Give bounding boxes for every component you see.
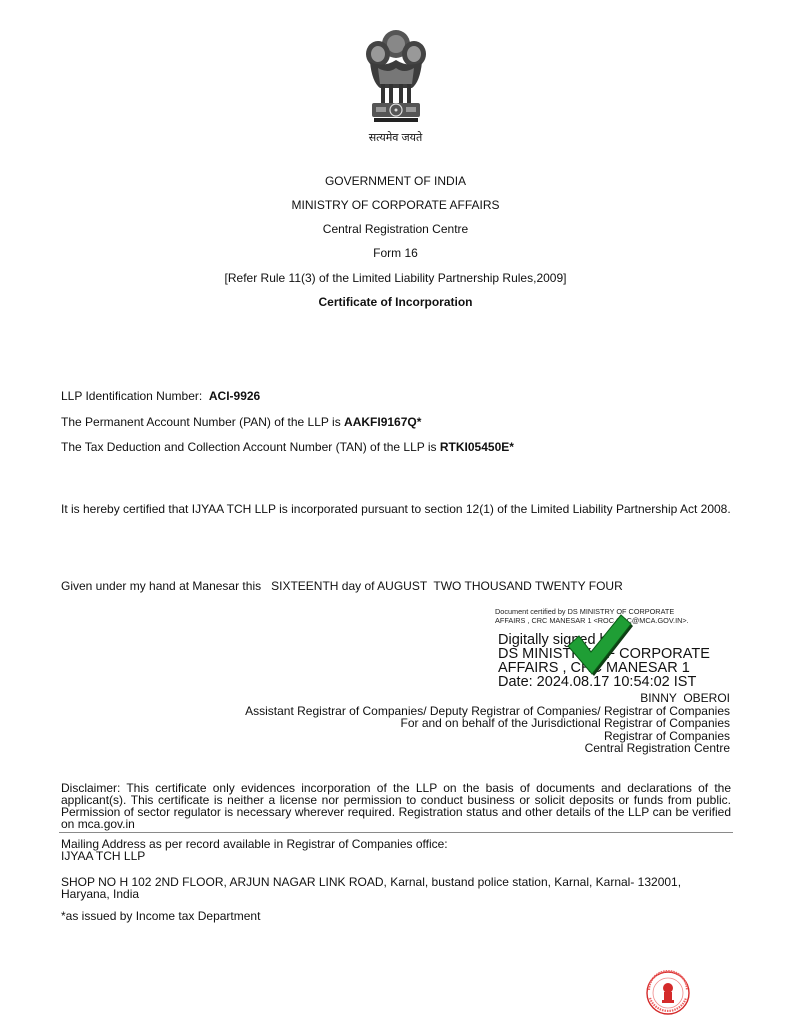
disclaimer-text: Disclaimer: This certificate only eviden… [61,781,731,831]
given-date: SIXTEENTH day of AUGUST TWO THOUSAND TWE… [271,579,623,593]
llpin-row: LLP Identification Number: ACI-9926 [61,389,260,403]
given-prefix: Given under my hand at Manesar this [61,579,261,593]
llpin-label: LLP Identification Number: [61,389,202,403]
mailing-heading: Mailing Address as per record available … [61,838,733,850]
mailing-address-block: Mailing Address as per record available … [61,838,733,862]
document-title: Certificate of Incorporation [0,295,791,309]
header-line-centre: Central Registration Centre [0,222,791,236]
national-motto: सत्यमेव जयते [0,131,791,145]
address-block: SHOP NO H 102 2ND FLOOR, ARJUN NAGAR LIN… [61,876,733,900]
header-line-rule-reference: [Refer Rule 11(3) of the Limited Liabili… [0,271,791,285]
ministry-seal-icon [643,970,693,1021]
header-line-form: Form 16 [0,246,791,260]
mailing-llp-name: IJYAA TCH LLP [61,850,733,862]
llpin-value: ACI-9926 [209,389,260,403]
signatory-name: BINNY OBEROI [245,692,730,705]
ashoka-emblem-icon [358,24,434,129]
tan-label: The Tax Deduction and Collection Account… [61,440,437,454]
header-line-government: GOVERNMENT OF INDIA [0,174,791,188]
green-checkmark-icon [565,612,633,683]
pan-row: The Permanent Account Number (PAN) of th… [61,415,421,429]
certification-text: It is hereby certified that IJYAA TCH LL… [61,503,733,515]
header-line-ministry: MINISTRY OF CORPORATE AFFAIRS [0,198,791,212]
divider [59,832,733,833]
pan-tan-footnote: *as issued by Income tax Department [61,909,260,923]
designation-line-2: For and on behalf of the Jurisdictional … [245,717,730,730]
pan-label: The Permanent Account Number (PAN) of th… [61,415,341,429]
tan-row: The Tax Deduction and Collection Account… [61,440,514,454]
pan-value: AAKFI9167Q* [344,415,421,429]
given-under-row: Given under my hand at Manesar this SIXT… [61,579,623,593]
tan-value: RTKI05450E* [440,440,514,454]
address-line-1: SHOP NO H 102 2ND FLOOR, ARJUN NAGAR LIN… [61,876,733,888]
disclaimer: Disclaimer: This certificate only eviden… [61,782,731,830]
mca-link[interactable]: mca.gov.in [78,817,135,831]
signatory-block: BINNY OBEROI Assistant Registrar of Comp… [245,692,730,755]
designation-line-4: Central Registration Centre [245,742,730,755]
address-line-2: Haryana, India [61,888,733,900]
